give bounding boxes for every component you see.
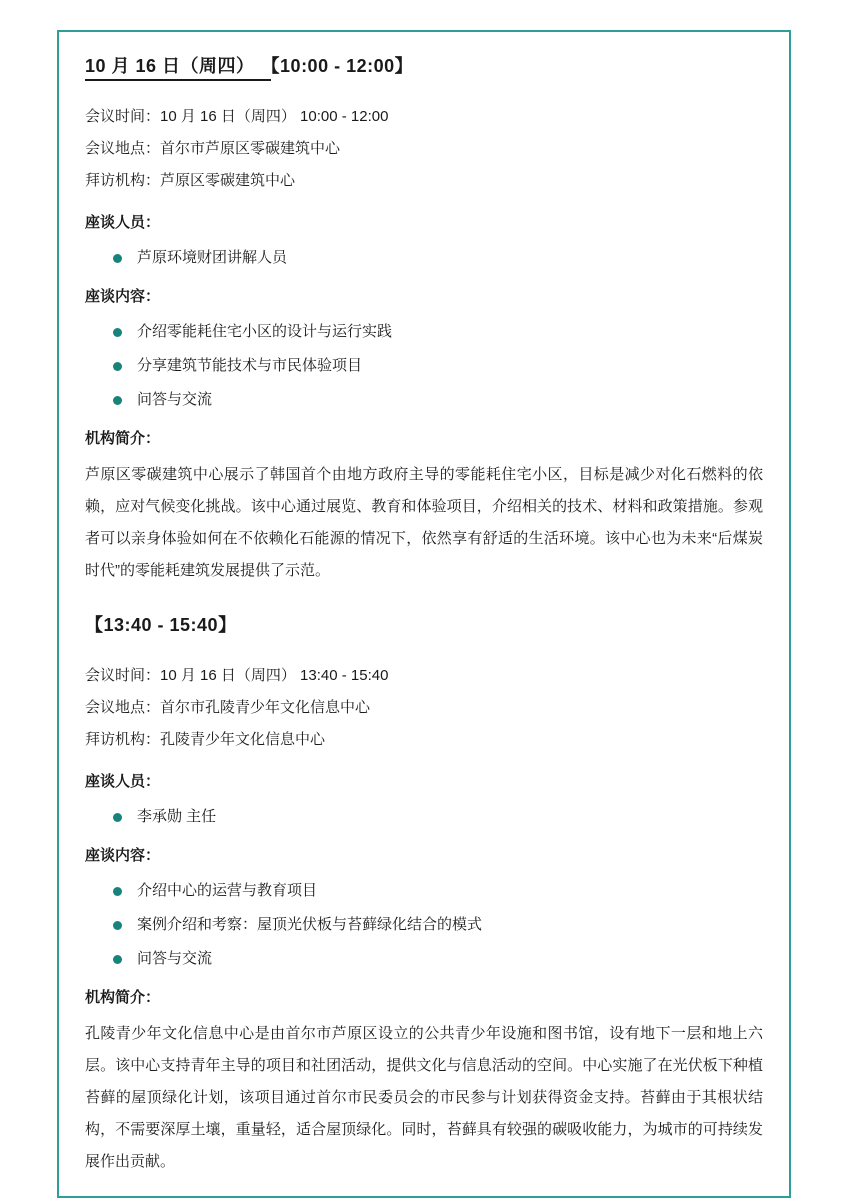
topic-text: 问答与交流 — [137, 942, 212, 976]
meeting-location-label: 会议地点： — [85, 140, 160, 157]
topics-list: 介绍零能耗住宅小区的设计与运行实践 分享建筑节能技术与市民体验项目 问答与交流 — [85, 315, 763, 417]
visited-org-line: 拜访机构：孔陵青少年文化信息中心 — [85, 724, 763, 756]
visited-org-label: 拜访机构： — [85, 731, 160, 748]
bullet-icon — [113, 254, 122, 263]
visited-org-value: 芦原区零碳建筑中心 — [160, 172, 295, 189]
list-item: 介绍中心的运营与教育项目 — [113, 874, 763, 908]
list-item: 案例介绍和考察：屋顶光伏板与苔藓绿化结合的模式 — [113, 908, 763, 942]
participant-name: 李承勋 主任 — [137, 800, 216, 834]
meeting-location-line: 会议地点：首尔市芦原区零碳建筑中心 — [85, 133, 763, 165]
topics-heading: 座谈内容： — [85, 840, 763, 872]
visited-org-line: 拜访机构：芦原区零碳建筑中心 — [85, 165, 763, 197]
list-item: 介绍零能耗住宅小区的设计与运行实践 — [113, 315, 763, 349]
org-intro-paragraph: 孔陵青少年文化信息中心是由首尔市芦原区设立的公共青少年设施和图书馆，设有地下一层… — [85, 1018, 763, 1178]
topics-list: 介绍中心的运营与教育项目 案例介绍和考察：屋顶光伏板与苔藓绿化结合的模式 问答与… — [85, 874, 763, 976]
document-page: 10 月 16 日（周四）【10:00 - 12:00】 会议时间：10 月 1… — [0, 0, 849, 1200]
meeting-time-line: 会议时间：10 月 16 日（周四） 10:00 - 12:00 — [85, 101, 763, 133]
list-item: 问答与交流 — [113, 383, 763, 417]
session-morning: 10 月 16 日（周四）【10:00 - 12:00】 会议时间：10 月 1… — [85, 54, 763, 587]
bullet-icon — [113, 328, 122, 337]
bullet-icon — [113, 813, 122, 822]
list-item: 芦原环境财团讲解人员 — [113, 241, 763, 275]
meeting-meta: 会议时间：10 月 16 日（周四） 10:00 - 12:00 会议地点：首尔… — [85, 101, 763, 197]
topics-heading: 座谈内容： — [85, 281, 763, 313]
list-item: 问答与交流 — [113, 942, 763, 976]
meeting-time-label: 会议时间： — [85, 108, 160, 125]
meeting-time-line: 会议时间：10 月 16 日（周四） 13:40 - 15:40 — [85, 660, 763, 692]
bullet-icon — [113, 396, 122, 405]
bullet-icon — [113, 887, 122, 896]
bullet-icon — [113, 955, 122, 964]
list-item: 李承勋 主任 — [113, 800, 763, 834]
participants-list: 芦原环境财团讲解人员 — [85, 241, 763, 275]
list-item: 分享建筑节能技术与市民体验项目 — [113, 349, 763, 383]
topic-text: 案例介绍和考察：屋顶光伏板与苔藓绿化结合的模式 — [137, 908, 482, 942]
topic-text: 介绍零能耗住宅小区的设计与运行实践 — [137, 315, 392, 349]
meeting-location-value: 首尔市孔陵青少年文化信息中心 — [160, 699, 370, 716]
meeting-location-line: 会议地点：首尔市孔陵青少年文化信息中心 — [85, 692, 763, 724]
participants-heading: 座谈人员： — [85, 766, 763, 798]
meeting-time-value: 10 月 16 日（周四） 13:40 - 15:40 — [160, 667, 388, 684]
session-time-range: 【10:00 - 12:00】 — [271, 56, 414, 76]
bullet-icon — [113, 362, 122, 371]
session-title: 10 月 16 日（周四）【10:00 - 12:00】 — [85, 54, 763, 79]
visited-org-value: 孔陵青少年文化信息中心 — [160, 731, 325, 748]
org-intro-heading: 机构简介： — [85, 423, 763, 455]
participants-list: 李承勋 主任 — [85, 800, 763, 834]
session-date: 10 月 16 日（周四） — [85, 56, 271, 81]
topic-text: 分享建筑节能技术与市民体验项目 — [137, 349, 362, 383]
bullet-icon — [113, 921, 122, 930]
session-title: 【13:40 - 15:40】 — [85, 613, 763, 638]
document-border-frame: 10 月 16 日（周四）【10:00 - 12:00】 会议时间：10 月 1… — [57, 30, 791, 1198]
participants-heading: 座谈人员： — [85, 207, 763, 239]
org-intro-heading: 机构简介： — [85, 982, 763, 1014]
topic-text: 问答与交流 — [137, 383, 212, 417]
meeting-location-value: 首尔市芦原区零碳建筑中心 — [160, 140, 340, 157]
session-afternoon: 【13:40 - 15:40】 会议时间：10 月 16 日（周四） 13:40… — [85, 613, 763, 1178]
meeting-location-label: 会议地点： — [85, 699, 160, 716]
org-intro-paragraph: 芦原区零碳建筑中心展示了韩国首个由地方政府主导的零能耗住宅小区，目标是减少对化石… — [85, 459, 763, 587]
meeting-meta: 会议时间：10 月 16 日（周四） 13:40 - 15:40 会议地点：首尔… — [85, 660, 763, 756]
meeting-time-label: 会议时间： — [85, 667, 160, 684]
visited-org-label: 拜访机构： — [85, 172, 160, 189]
meeting-time-value: 10 月 16 日（周四） 10:00 - 12:00 — [160, 108, 388, 125]
session-time-range: 【13:40 - 15:40】 — [85, 615, 237, 635]
participant-name: 芦原环境财团讲解人员 — [137, 241, 287, 275]
topic-text: 介绍中心的运营与教育项目 — [137, 874, 317, 908]
